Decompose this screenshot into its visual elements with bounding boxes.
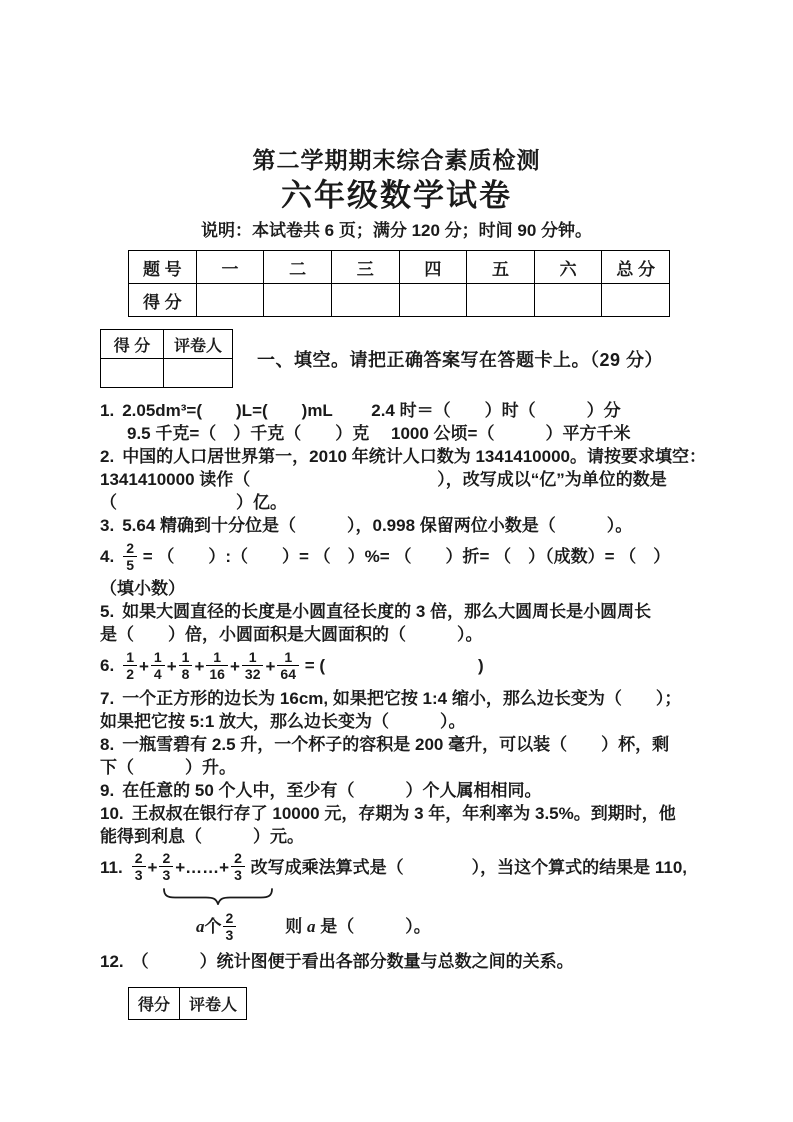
question-number: 3. — [100, 516, 114, 535]
question-10: 10.王叔叔在银行存了 10000 元，存期为 3 年，年利率为 3.5%。到期… — [100, 802, 693, 848]
question-text: 1341410000 读作（ ），改写成以“亿”为单位的数是 — [100, 468, 693, 491]
score-table-header-cell: 四 — [399, 251, 467, 284]
question-text: = （ ）:（ ）= （ ）%= （ ）折= （ ）（成数）= （ ） — [143, 547, 671, 566]
score-table-header-cell: 题 号 — [129, 251, 197, 284]
score-cell-empty — [534, 284, 602, 317]
question-number: 10. — [100, 804, 124, 823]
page-subtitle: 六年级数学试卷 — [100, 176, 693, 216]
questions-list: 1.2.05dm³=( )L=( )mL 2.4 时＝（ ）时（ ）分 9.5 … — [100, 399, 693, 973]
question-text: 一瓶雪碧有 2.5 升，一个杯子的容积是 200 毫升，可以装（ ）杯，剩 — [122, 735, 669, 754]
brace-count-label: 个 — [205, 917, 222, 936]
question-text: （填小数） — [100, 577, 693, 600]
score-table-score-row: 得 分 — [129, 284, 670, 317]
grader-box-bottom: 得分 评卷人 — [128, 987, 247, 1020]
score-cell-empty — [467, 284, 535, 317]
score-table-header-cell: 五 — [467, 251, 535, 284]
grader-box-top: 得 分 评卷人 — [100, 329, 233, 388]
question-number: 9. — [100, 781, 114, 800]
section1-header-row: 得 分 评卷人 一、填空。请把正确答案写在答题卡上。（29 分） — [100, 329, 693, 388]
question-2: 2.中国的人口居世界第一，2010 年统计人口数为 1341410000。请按要… — [100, 445, 693, 514]
question-text: 是（ ）倍，小圆面积是大圆面积的（ ）。 — [100, 623, 693, 646]
fraction: 132 — [242, 650, 264, 682]
fraction: 14 — [151, 650, 165, 682]
question-text: 2.05dm³=( )L=( )mL 2.4 时＝（ ）时（ ）分 — [122, 401, 620, 420]
score-cell-empty — [331, 284, 399, 317]
plus-operator: + — [139, 657, 149, 676]
question-text: 中国的人口居世界第一，2010 年统计人口数为 1341410000。请按要求填… — [122, 447, 706, 466]
ellipsis-operator: +……+ — [175, 858, 229, 877]
fraction: 23 — [223, 911, 237, 943]
question-number: 1. — [100, 401, 114, 420]
question-text: 下（ ）升。 — [100, 756, 693, 779]
question-text: 王叔叔在银行存了 10000 元，存期为 3 年，年利率为 3.5%。到期时，他 — [132, 804, 676, 823]
score-cell-empty — [196, 284, 264, 317]
grader-box-grader-label: 评卷人 — [164, 330, 233, 359]
question-4: 4.25 = （ ）:（ ）= （ ）%= （ ）折= （ ）（成数）= （ ）… — [100, 540, 693, 600]
score-cell-empty — [264, 284, 332, 317]
score-row-label: 得 分 — [129, 284, 197, 317]
fraction: 12 — [123, 650, 137, 682]
score-table-header-cell: 二 — [264, 251, 332, 284]
question-text: 9.5 千克=（ ）千克（ ）克 1000 公顷=（ ）平方千米 — [100, 422, 693, 445]
question-text: 则 — [285, 917, 302, 936]
question-number: 2. — [100, 447, 114, 466]
question-text: 在任意的 50 个人中，至少有（ ）个人属相相同。 — [122, 781, 541, 800]
question-number: 12. — [100, 952, 124, 971]
score-table-header-cell: 三 — [331, 251, 399, 284]
score-cell-empty — [399, 284, 467, 317]
fraction: 164 — [277, 650, 299, 682]
question-8: 8.一瓶雪碧有 2.5 升，一个杯子的容积是 200 毫升，可以装（ ）杯，剩 … — [100, 733, 693, 779]
plus-operator: + — [148, 858, 158, 877]
question-text: = ( ) — [305, 656, 484, 675]
plus-operator: + — [194, 657, 204, 676]
exam-page: 第二学期期末综合素质检测 六年级数学试卷 说明：本试卷共 6 页；满分 120 … — [0, 0, 793, 1122]
question-1: 1.2.05dm³=( )L=( )mL 2.4 时＝（ ）时（ ）分 9.5 … — [100, 399, 693, 445]
question-text: 5.64 精确到十分位是（ ），0.998 保留两位小数是（ ）。 — [122, 516, 632, 535]
fraction: 23 — [159, 851, 173, 883]
question-3: 3.5.64 精确到十分位是（ ），0.998 保留两位小数是（ ）。 — [100, 514, 693, 537]
question-number: 6. — [100, 656, 114, 675]
grader-box-score-label: 得分 — [129, 988, 180, 1020]
underbrace-shape — [162, 888, 274, 905]
score-cell-empty — [602, 284, 670, 317]
fraction: 116 — [206, 650, 228, 682]
grader-box-score-label: 得 分 — [101, 330, 164, 359]
score-table-header-cell: 总 分 — [602, 251, 670, 284]
question-number: 7. — [100, 689, 114, 708]
question-text: （ ）统计图便于看出各部分数量与总数之间的关系。 — [132, 952, 574, 971]
question-text: 如果大圆直径的长度是小圆直径长度的 3 倍，那么大圆周长是小圆周长 — [122, 602, 651, 621]
grader-box-grader-cell — [164, 359, 233, 388]
section1-heading: 一、填空。请把正确答案写在答题卡上。（29 分） — [257, 346, 663, 372]
score-table-header-row: 题 号 一 二 三 四 五 六 总 分 — [129, 251, 670, 284]
score-summary-table: 题 号 一 二 三 四 五 六 总 分 得 分 — [128, 250, 670, 317]
plus-operator: + — [230, 657, 240, 676]
grader-box-grader-label: 评卷人 — [180, 988, 247, 1020]
question-text: 如果把它按 5:1 放大，那么边长变为（ ）。 — [100, 710, 693, 733]
question-number: 4. — [100, 547, 114, 566]
question-number: 5. — [100, 602, 114, 621]
question-5: 5.如果大圆直径的长度是小圆直径长度的 3 倍，那么大圆周长是小圆周长 是（ ）… — [100, 600, 693, 646]
question-number: 11. — [100, 858, 123, 877]
question-12: 12.（ ）统计图便于看出各部分数量与总数之间的关系。 — [100, 950, 693, 973]
variable-a: a — [307, 917, 316, 936]
exam-note: 说明：本试卷共 6 页；满分 120 分；时间 90 分钟。 — [100, 219, 693, 243]
question-text: （ ）亿。 — [100, 491, 693, 514]
grader-box-score-cell — [101, 359, 164, 388]
fraction: 25 — [123, 541, 137, 573]
score-table-header-cell: 一 — [196, 251, 264, 284]
question-text: 改写成乘法算式是（ ），当这个算式的结果是 110, — [251, 858, 687, 877]
fraction: 23 — [231, 851, 245, 883]
page-title: 第二学期期末综合素质检测 — [100, 146, 693, 174]
fraction: 23 — [132, 851, 146, 883]
score-table-header-cell: 六 — [534, 251, 602, 284]
question-7: 7.一个正方形的边长为 16cm, 如果把它按 1:4 缩小，那么边长变为（ ）… — [100, 687, 693, 733]
question-text: 是（ ）。 — [320, 917, 431, 936]
plus-operator: + — [265, 657, 275, 676]
question-11: 11.23+23+……+23 改写成乘法算式是（ ），当这个算式的结果是 110… — [100, 851, 693, 945]
variable-a: a — [196, 917, 205, 936]
question-number: 8. — [100, 735, 114, 754]
question-6: 6.12+14+18+116+132+164 = ( ) — [100, 649, 693, 684]
fraction: 18 — [179, 650, 193, 682]
question-9: 9.在任意的 50 个人中，至少有（ ）个人属相相同。 — [100, 779, 693, 802]
question-text: 能得到利息（ ）元。 — [100, 825, 693, 848]
question-text: 一个正方形的边长为 16cm, 如果把它按 1:4 缩小，那么边长变为（ ）； — [122, 689, 681, 708]
plus-operator: + — [167, 657, 177, 676]
